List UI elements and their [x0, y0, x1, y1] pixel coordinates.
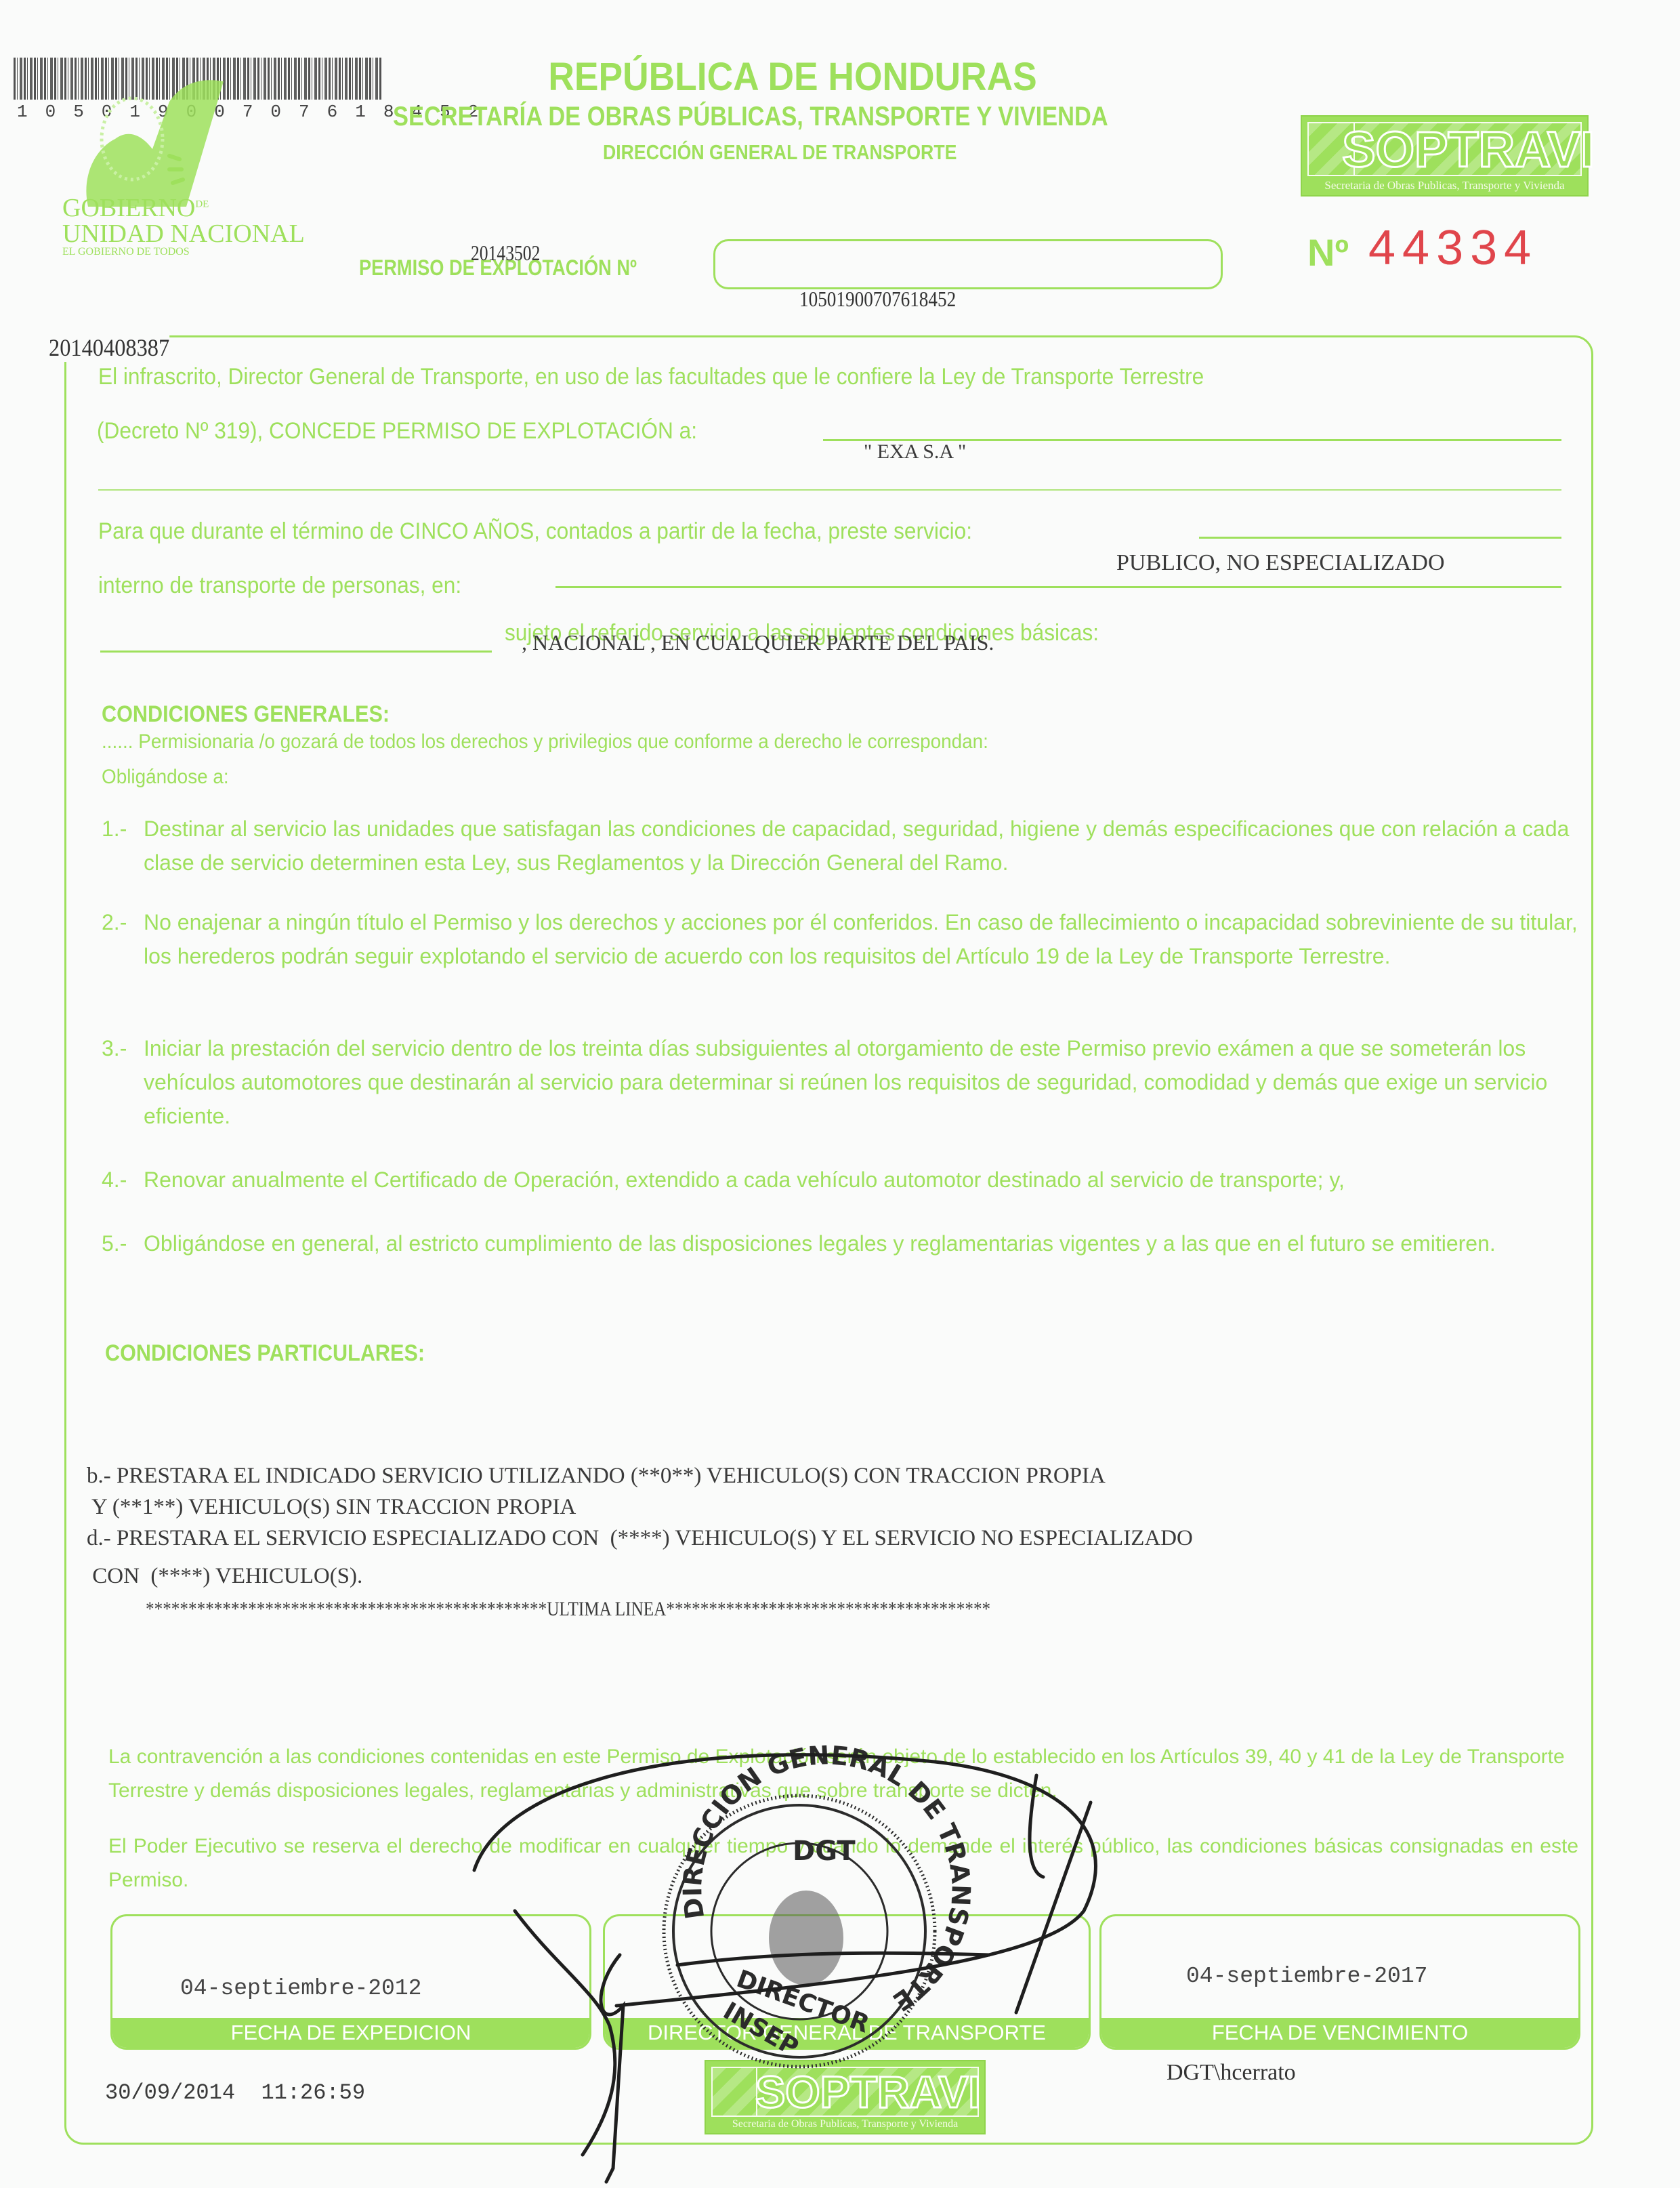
expiry-date-box: 04-septiembre-2017 FECHA DE VENCIMIENTO — [1099, 1914, 1580, 2050]
condition-item-2: 2.- No enajenar a ningún título el Permi… — [102, 905, 1592, 1014]
grantee-name: " EXA S.A " — [864, 440, 966, 463]
grantee-underline-2 — [98, 489, 1561, 491]
country-title: REPÚBLICA DE HONDURAS — [0, 54, 1680, 100]
government-logo-text: GOBIERNODE UNIDAD NACIONAL EL GOBIERNO D… — [62, 195, 305, 257]
particular-condition-d-cont: CON (****) VEHICULO(S). — [87, 1564, 362, 1589]
obligation-label: Obligándose a: — [102, 766, 238, 789]
department-title: DIRECCIÓN GENERAL DE TRANSPORTE — [603, 140, 1014, 165]
service-underline — [1199, 537, 1561, 539]
last-line-marker: ****************************************… — [146, 1598, 990, 1621]
issue-date: 04-septiembre-2012 — [180, 1976, 589, 2001]
director-signature-box: DIRECTOR GENERAL DE TRANSPORTE — [603, 1914, 1091, 2050]
serial-number-label: Nº — [1307, 230, 1349, 274]
condition-item-1: 1.- Destinar al servicio las unidades qu… — [102, 812, 1592, 886]
particular-condition-b-cont: Y (**1**) VEHICULO(S) SIN TRACCION PROPI… — [87, 1495, 576, 1520]
soptravi-logo: SOPTRAVI Secretaria de Obras Publicas, T… — [1301, 115, 1589, 197]
intro-line-2: (Decreto Nº 319), CONCEDE PERMISO DE EXP… — [97, 418, 742, 445]
ministry-title: SECRETARÍA DE OBRAS PÚBLICAS, TRANSPORTE… — [393, 102, 1225, 132]
director-label: DIRECTOR GENERAL DE TRANSPORTE — [605, 2018, 1089, 2048]
executive-power-paragraph: El Poder Ejecutivo se reserva el derecho… — [108, 1830, 1578, 1897]
term-line: Para que durante el término de CINCO AÑO… — [98, 518, 1038, 545]
issue-date-box: 04-septiembre-2012 FECHA DE EXPEDICION — [110, 1914, 591, 2050]
permit-code-bottom: 10501900707618452 — [799, 287, 956, 312]
general-conditions-heading: CONDICIONES GENERALES: — [102, 701, 421, 728]
condition-item-5: 5.- Obligándose en general, al estricto … — [102, 1226, 1592, 1301]
service-line-underline — [555, 586, 1561, 588]
condition-item-3: 3.- Iniciar la prestación del servicio d… — [102, 1031, 1592, 1140]
particular-condition-d: d.- PRESTARA EL SERVICIO ESPECIALIZADO C… — [87, 1526, 1193, 1551]
service-line: interno de transporte de personas, en: — [98, 573, 489, 599]
general-conditions-preamble: ...... Permisionaria /o gozará de todos … — [102, 730, 1055, 754]
subject-underline — [100, 651, 492, 653]
service-type: PUBLICO, NO ESPECIALIZADO — [1116, 550, 1445, 576]
reference-code: 20140408387 — [49, 333, 169, 362]
condition-item-4: 4.- Renovar anualmente el Certificado de… — [102, 1163, 1592, 1203]
particular-condition-b: b.- PRESTARA EL INDICADO SERVICIO UTILIZ… — [87, 1464, 1106, 1489]
permit-number-field — [713, 239, 1223, 289]
expiry-date: 04-septiembre-2017 — [1186, 1964, 1578, 1989]
serial-number: 44334 — [1368, 220, 1538, 276]
intro-line-1: El infrascrito, Director General de Tran… — [98, 364, 1287, 390]
print-timestamp: 30/09/2014 11:26:59 — [105, 2080, 365, 2105]
issue-date-label: FECHA DE EXPEDICION — [112, 2018, 589, 2048]
soptravi-emblem-icon — [713, 2068, 757, 2115]
operator-id: DGT\hcerrato — [1167, 2060, 1296, 2086]
service-area: , NACIONAL , EN CUALQUIER PARTE DEL PAIS… — [522, 630, 994, 655]
permit-code-top: 20143502 — [471, 241, 540, 266]
expiry-date-label: FECHA DE VENCIMIENTO — [1101, 2018, 1578, 2048]
soptravi-logo-bottom: SOPTRAVI Secretaria de Obras Publicas, T… — [705, 2060, 986, 2134]
particular-conditions-heading: CONDICIONES PARTICULARES: — [105, 1340, 461, 1367]
contravention-paragraph: La contravención a las condiciones conte… — [108, 1740, 1578, 1808]
